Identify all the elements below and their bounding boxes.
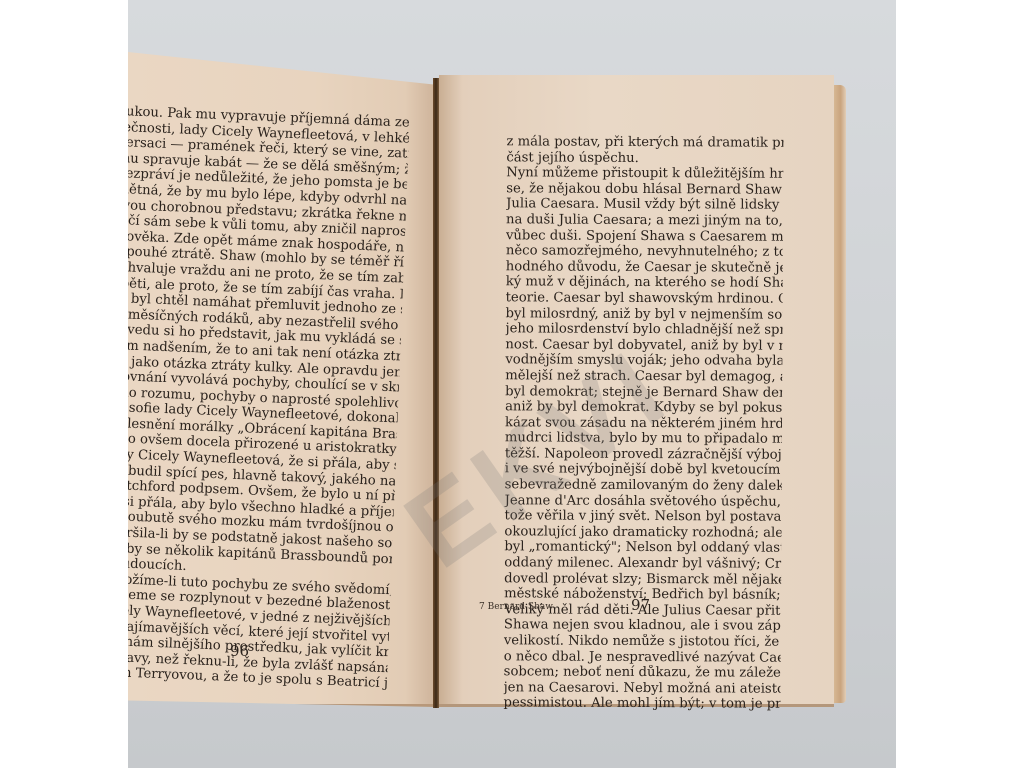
text-line: Jeanne d'Arc dosáhla světového úspěchu, …: [505, 493, 782, 510]
text-line: teorie. Caesar byl shawovským hrdinou. C…: [506, 290, 783, 307]
text-line: okouzlující jako dramaticky rozhodná; al…: [504, 524, 781, 541]
right-page-number: 97: [631, 596, 650, 614]
text-line: těžší. Napoleon provedl zázračnější výbo…: [505, 446, 782, 463]
text-line: oddaný milenec. Alexandr byl vášnivý; Cr…: [504, 555, 781, 572]
text-line: z mála postav, při kterých má dramatik p…: [506, 134, 783, 151]
text-line: mělejší než strach. Caesar byl demagog, …: [505, 368, 782, 385]
text-line: ký muž v dějinách, na kterého se hodí Sh…: [506, 275, 783, 292]
text-line: něco samozřejmého, nevyhnutelného; z toh…: [506, 243, 783, 260]
left-page: rukou. Pak mu vypravuje příjemná dáma ze…: [128, 52, 436, 707]
text-line: mudrci lidstva, bylo by mu to připadalo …: [505, 431, 782, 448]
text-line: jen na Caesarovi. Nebyl možná ani ateist…: [504, 680, 781, 697]
text-line: pessimistou. Ale mohl jím být; v tom je …: [503, 696, 780, 713]
text-line: dovedl prolévat slzy; Bismarck měl nějak…: [504, 571, 781, 588]
text-line: na duši Julia Caesara; a mezi jiným na t…: [506, 212, 783, 229]
text-line: byl milosrdný, aniž by byl v nejmenším s…: [506, 306, 783, 323]
text-line: sebevražedně zamilovaným do ženy daleko …: [505, 477, 782, 494]
left-page-text: rukou. Pak mu vypravuje příjemná dáma ze…: [128, 104, 410, 692]
text-line: o něco dbal. Je nespravedlivé nazývat Ca…: [504, 649, 781, 666]
right-page-text: z mála postav, při kterých má dramatik p…: [503, 134, 783, 712]
text-line: byl „romantický"; Nelson byl oddaný vlas…: [504, 540, 781, 557]
text-line: sobcem; neboť není důkazu, že mu záležel…: [504, 664, 781, 681]
text-line: Julia Caesara. Musil vždy být silně lids…: [506, 197, 783, 214]
text-line: část jejího úspěchu.: [506, 150, 783, 167]
book-photo: rukou. Pak mu vypravuje příjemná dáma ze…: [128, 0, 896, 768]
text-line: i ve své nejvýbojnější době byl kvetoucí…: [505, 462, 782, 479]
text-line: nost. Caesar byl dobyvatel, aniž by byl …: [505, 337, 782, 354]
text-line: tože věřila v jiný svět. Nelson byl post…: [504, 509, 781, 526]
text-line: Nyní můžeme přistoupit k důležitějším hr…: [506, 165, 783, 182]
text-line: vůbec duši. Spojení Shawa s Caesarem má …: [506, 228, 783, 245]
text-line: se, že nějakou dobu hlásal Bernard Shaw …: [506, 181, 783, 198]
left-page-number: 96: [230, 642, 249, 660]
signature-mark: 7 Bernard Shaw: [479, 602, 553, 612]
text-line: vodnějším smyslu voják; jeho odvaha byla…: [505, 353, 782, 370]
text-line: velikostí. Nikdo nemůže s jistotou říci,…: [504, 633, 781, 650]
text-line: hodného důvodu, že Caesar je skutečně je…: [506, 259, 783, 276]
text-line: Shawa nejen svou kladnou, ale i svou záp…: [504, 618, 781, 635]
text-line: byl demokrat; stejně je Bernard Shaw dem…: [505, 384, 782, 401]
text-line: aniž by byl demokrat. Kdyby se byl pokus…: [505, 399, 782, 416]
text-line: jeho milosrdenství bylo chladnější než s…: [505, 321, 782, 338]
text-line: kázat svou zásadu na některém jiném hrdi…: [505, 415, 782, 432]
